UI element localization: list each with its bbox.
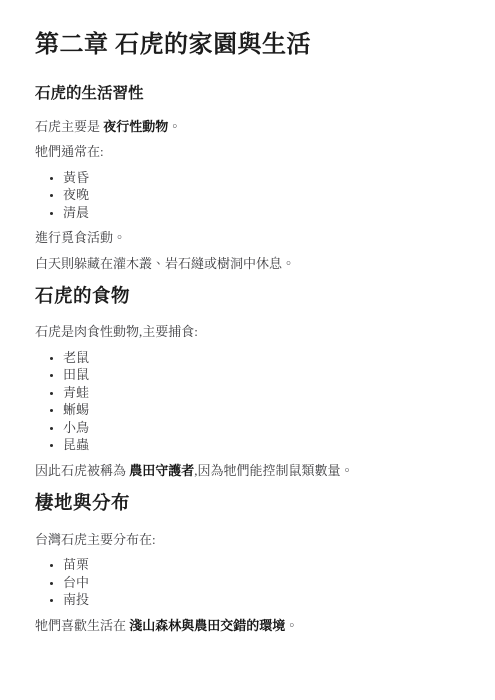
section-heading-food: 石虎的食物 [35,286,460,308]
text-run: 。 [168,119,181,134]
list-item: 田鼠 [63,366,460,384]
paragraph-nocturnal: 石虎主要是 夜行性動物。 [35,118,460,136]
section-heading-habits: 石虎的生活習性 [35,84,460,104]
paragraph-daytime-rest: 白天則躲藏在灌木叢、岩石縫或樹洞中休息。 [35,255,460,273]
bold-run-guardian: 農田守護者 [129,463,194,478]
text-run: 牠們喜歡生活在 [35,618,129,633]
list-item: 台中 [63,574,460,592]
list-item: 蜥蜴 [63,401,460,419]
region-list: 苗栗 台中 南投 [35,556,460,609]
list-item: 黃昏 [63,169,460,187]
paragraph-distribution: 台灣石虎主要分布在: [35,531,460,549]
page-title: 第二章 石虎的家園與生活 [35,32,460,60]
list-item: 小鳥 [63,419,460,437]
list-item: 南投 [63,591,460,609]
bold-run-environment: 淺山森林與農田交錯的環境 [129,618,285,633]
text-run: ,因為牠們能控制鼠類數量。 [194,463,353,478]
paragraph-carnivore: 石虎是肉食性動物,主要捕食: [35,323,460,341]
list-item: 苗栗 [63,556,460,574]
activity-time-list: 黃昏 夜晚 清晨 [35,169,460,222]
document-page: 第二章 石虎的家園與生活 石虎的生活習性 石虎主要是 夜行性動物。 牠們通常在:… [0,0,495,700]
paragraph-environment: 牠們喜歡生活在 淺山森林與農田交錯的環境。 [35,617,460,635]
text-run: 。 [285,618,298,633]
text-run: 因此石虎被稱為 [35,463,129,478]
list-item: 昆蟲 [63,436,460,454]
list-item: 清晨 [63,204,460,222]
list-item: 老鼠 [63,349,460,367]
bold-run-nocturnal: 夜行性動物 [103,119,168,134]
list-item: 夜晚 [63,186,460,204]
paragraph-usually-at: 牠們通常在: [35,143,460,161]
text-run: 石虎主要是 [35,119,103,134]
list-item: 青蛙 [63,384,460,402]
paragraph-farm-guardian: 因此石虎被稱為 農田守護者,因為牠們能控制鼠類數量。 [35,462,460,480]
prey-list: 老鼠 田鼠 青蛙 蜥蜴 小鳥 昆蟲 [35,349,460,454]
paragraph-foraging: 進行覓食活動。 [35,229,460,247]
section-heading-habitat: 棲地與分布 [35,493,460,515]
